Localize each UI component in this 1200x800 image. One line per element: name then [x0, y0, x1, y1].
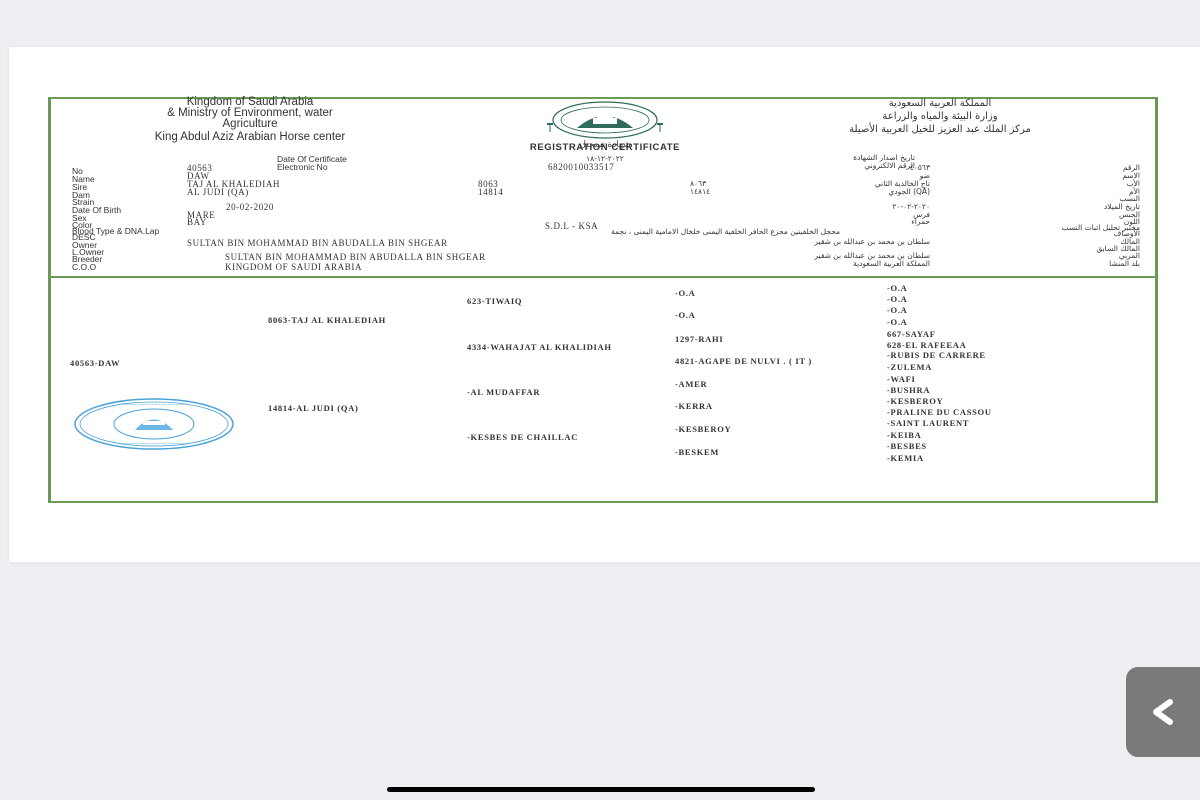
- pedigree-gen4-ancestor: -O.A: [887, 283, 908, 293]
- pedigree-gen4-ancestor: -SAINT LAURENT: [887, 418, 969, 428]
- pedigree-grandparent: -AL MUDAFFAR: [467, 387, 540, 397]
- header-en-line-3: Agriculture: [70, 119, 430, 130]
- svg-text:~~~~~~~~~~~~~~~~~~~~: ~~~~~~~~~~~~~~~~~~~~: [120, 402, 187, 407]
- field-value-ar: المملكة العربية السعودية: [760, 260, 930, 269]
- field-value: KINGDOM OF SAUDI ARABIA: [225, 263, 362, 272]
- pedigree-great-grandparent: -O.A: [675, 288, 696, 298]
- home-indicator[interactable]: [387, 787, 815, 792]
- field-value: SULTAN BIN MOHAMMAD BIN ABUDALLA BIN SHG…: [187, 239, 547, 247]
- header-ar-line-2: وزارة البيئة والمياه والزراعة: [760, 110, 1120, 123]
- pedigree-gen4-ancestor: -WAFI: [887, 374, 916, 384]
- pedigree-great-grandparent: -AMER: [675, 379, 707, 389]
- back-button[interactable]: [1126, 667, 1200, 757]
- field-value-ar: سلطان بن محمد بن عبدالله بن شقير: [760, 238, 930, 247]
- field-value: AL JUDI (QA): [187, 188, 249, 197]
- header-english: Kingdom of Saudi Arabia & Ministry of En…: [70, 97, 430, 143]
- pedigree-parent: 8063-TAJ AL KHALEDIAH: [268, 315, 386, 325]
- header-ar-line-1: المملكة العربية السعودية: [760, 97, 1120, 110]
- header-en-line-4: King Abdul Aziz Arabian Horse center: [70, 132, 430, 143]
- pedigree-gen4-ancestor: -KEMIA: [887, 453, 924, 463]
- field-reg-number: 14814: [478, 188, 504, 197]
- pedigree-gen4-ancestor: -BUSHRA: [887, 385, 930, 395]
- pedigree-great-grandparent: -KESBEROY: [675, 424, 731, 434]
- field-label: C.O.O: [72, 263, 96, 272]
- title-english: REGISTRATION CERTIFICATE: [470, 142, 740, 153]
- pedigree-great-grandparent: 1297-RAHI: [675, 334, 723, 344]
- pedigree-grandparent: 623-TIWAIQ: [467, 296, 522, 306]
- pedigree-great-grandparent: -KERRA: [675, 401, 713, 411]
- pedigree-great-grandparent: -BESKEM: [675, 447, 719, 457]
- svg-text:~~~~~~~~~~~~~~~~~~~~: ~~~~~~~~~~~~~~~~~~~~: [120, 441, 187, 446]
- pedigree-gen4-ancestor: -O.A: [887, 305, 908, 315]
- field-value: SULTAN BIN MOHAMMAD BIN ABUDALLA BIN SHG…: [225, 253, 585, 261]
- field-value-ar: (QA) الجودي: [760, 188, 930, 197]
- field-value: محجل الخلفيتين مجزع الحافر الخلفية اليمن…: [420, 228, 840, 237]
- pedigree-gen4-ancestor: 667-SAYAF: [887, 329, 936, 339]
- field-value: BAY: [187, 218, 207, 227]
- pedigree-great-grandparent: -O.A: [675, 310, 696, 320]
- electronic-no-value: 6820010033517: [548, 163, 614, 172]
- field-value-ar: حمراء: [760, 218, 930, 227]
- pedigree-subject: 40563-DAW: [70, 358, 120, 368]
- pedigree-gen4-ancestor: -O.A: [887, 317, 908, 327]
- electronic-no-label: Electronic No: [277, 163, 328, 172]
- pedigree-gen4-ancestor: -BESBES: [887, 441, 927, 451]
- official-stamp-icon: ~~~~~~~~~~~~~~~~~~~~ ~~~~~~~~~~~~~~~~~~~…: [73, 397, 235, 451]
- pedigree-gen4-ancestor: -O.A: [887, 294, 908, 304]
- field-label-ar: بلد المنشا: [970, 260, 1140, 269]
- pedigree-gen4-ancestor: -KESBEROY: [887, 396, 943, 406]
- center-logo-icon: [537, 100, 673, 140]
- pedigree-gen4-ancestor: -PRALINE DU CASSOU: [887, 407, 992, 417]
- pedigree-grandparent: 4334-WAHAJAT AL KHALIDIAH: [467, 342, 612, 352]
- pedigree-gen4-ancestor: -RUBIS DE CARRERE: [887, 350, 986, 360]
- pedigree-grandparent: -KESBES DE CHAILLAC: [467, 432, 578, 442]
- pedigree-gen4-ancestor: 628-EL RAFEEAA: [887, 340, 966, 350]
- header-arabic: المملكة العربية السعودية وزارة البيئة وا…: [760, 97, 1120, 136]
- chevron-left-icon: [1148, 699, 1178, 725]
- section-divider: [48, 276, 1158, 278]
- pedigree-great-grandparent: 4821-AGAPE DE NULVI . ( IT ): [675, 356, 812, 366]
- field-value: 20-02-2020: [226, 203, 274, 212]
- pedigree-gen4-ancestor: -ZULEMA: [887, 362, 932, 372]
- pedigree-gen4-ancestor: -KEIBA: [887, 430, 921, 440]
- header-ar-line-3: مركز الملك عبد العزيز للخيل العربية الأص…: [760, 123, 1120, 136]
- field-reg-number-ar: ١٤٨١٤: [690, 188, 730, 197]
- pedigree-parent: 14814-AL JUDI (QA): [268, 403, 359, 413]
